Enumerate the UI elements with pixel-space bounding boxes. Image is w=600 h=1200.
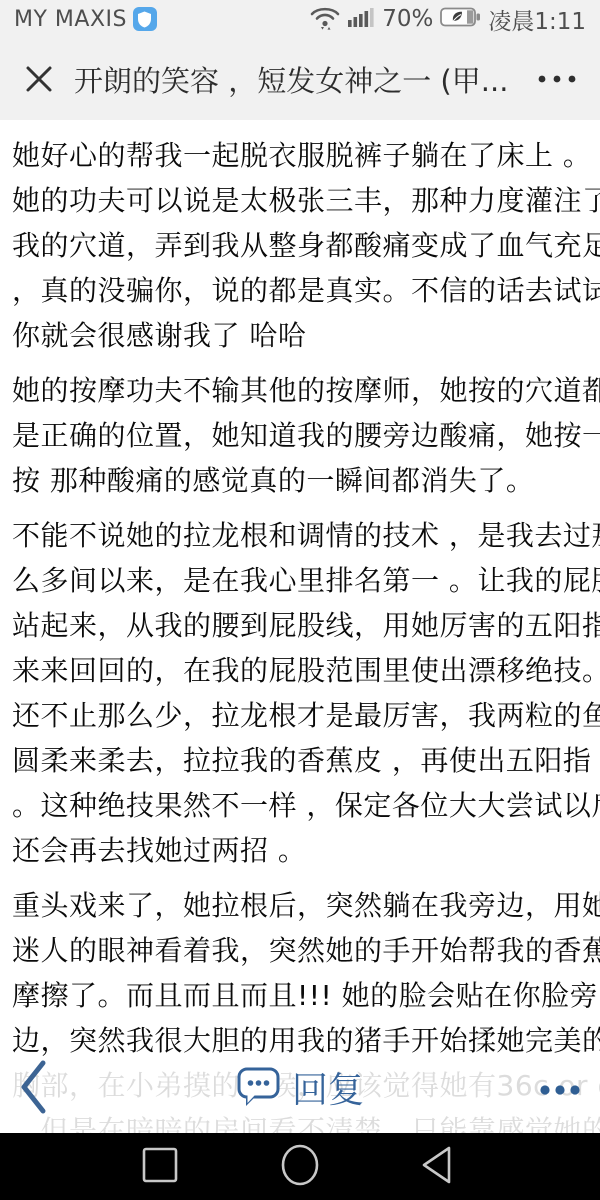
body-text-line: 么多间以来，是在我心里排名第一 。让我的屁股	[12, 558, 588, 603]
body-text-line: 我的穴道，弄到我从整身都酸痛变成了血气充足	[12, 223, 588, 268]
body-text-line: 是正确的位置，她知道我的腰旁边酸痛，她按一	[12, 413, 588, 458]
back-triangle-icon[interactable]	[417, 1143, 459, 1191]
body-text-line: 边，突然我很大胆的用我的猪手开始揉她完美的	[12, 1018, 588, 1063]
phone-screen: MY MAXIS	[0, 0, 600, 1200]
vpn-shield-icon	[133, 7, 157, 31]
reply-button-label: 回复	[292, 1062, 364, 1113]
carrier-label: MY MAXIS	[14, 7, 127, 32]
more-menu-icon[interactable]	[534, 62, 578, 96]
body-text-line: 她的按摩功夫不输其他的按摩师，她按的穴道都	[12, 368, 588, 413]
body-text-line: 重头戏来了，她拉根后，突然躺在我旁边，用她	[12, 883, 588, 928]
body-text-line: ，真的没骗你，说的都是真实。不信的话去试试	[12, 268, 588, 313]
body-text-line: 还不止那么少，拉龙根才是最厉害，我两粒的鱼	[12, 693, 588, 738]
wifi-icon	[309, 4, 341, 34]
more-dots-icon[interactable]	[538, 1082, 582, 1101]
page-header: 开朗的笑容 ，短发女神之一 (甲...	[0, 38, 600, 120]
floating-toolbar: 回复	[0, 1056, 600, 1120]
home-circle-icon[interactable]	[278, 1143, 322, 1191]
reply-button[interactable]: 回复	[0, 1062, 600, 1113]
body-text-line: 她好心的帮我一起脱衣服脱裤子躺在了床上 。	[12, 133, 588, 178]
reply-bubble-icon	[236, 1063, 282, 1113]
body-text-line: 。这种绝技果然不一样 ，保定各位大大尝试以后	[12, 783, 588, 828]
body-text-line: 按 那种酸痛的感觉真的一瞬间都消失了。	[12, 458, 588, 503]
paragraph: 她的按摩功夫不输其他的按摩师，她按的穴道都是正确的位置，她知道我的腰旁边酸痛，她…	[12, 368, 588, 503]
body-text-line: 她的功夫可以说是太极张三丰，那种力度灌注了	[12, 178, 588, 223]
body-text-line: 你就会很感谢我了 哈哈	[12, 313, 588, 358]
android-nav-bar	[0, 1133, 600, 1200]
page-title: 开朗的笑容 ，短发女神之一 (甲...	[74, 59, 534, 100]
status-bar-left: MY MAXIS	[14, 7, 157, 32]
body-text-line: 还会再去找她过两招 。	[12, 828, 588, 873]
post-content: 她好心的帮我一起脱衣服脱裤子躺在了床上 。她的功夫可以说是太极张三丰，那种力度灌…	[0, 120, 600, 1163]
status-bar-right: 70% 凌晨1:11	[309, 3, 586, 36]
close-icon[interactable]	[22, 62, 56, 96]
body-text-line: 圆柔来柔去，拉拉我的香蕉皮 ，再使出五阳指	[12, 738, 588, 783]
clock-label: 凌晨1:11	[488, 3, 586, 36]
battery-saver-leaf-icon	[440, 6, 481, 32]
signal-bars-icon	[348, 7, 375, 31]
battery-percent-label: 70%	[382, 6, 433, 32]
paragraph: 她好心的帮我一起脱衣服脱裤子躺在了床上 。她的功夫可以说是太极张三丰，那种力度灌…	[12, 133, 588, 358]
body-text-line: 来来回回的，在我的屁股范围里使出漂移绝技。	[12, 648, 588, 693]
body-text-line: 摩擦了。而且而且而且!!! 她的脸会贴在你脸旁	[12, 973, 588, 1018]
paragraph: 不能不说她的拉龙根和调情的技术 ，是我去过那么多间以来，是在我心里排名第一 。让…	[12, 513, 588, 873]
body-text-line: 站起来，从我的腰到屁股线，用她厉害的五阳指	[12, 603, 588, 648]
body-text-line: 不能不说她的拉龙根和调情的技术 ，是我去过那	[12, 513, 588, 558]
status-bar: MY MAXIS	[0, 0, 600, 38]
body-text-line: 迷人的眼神看着我，突然她的手开始帮我的香蕉	[12, 928, 588, 973]
recents-square-icon[interactable]	[140, 1145, 180, 1189]
